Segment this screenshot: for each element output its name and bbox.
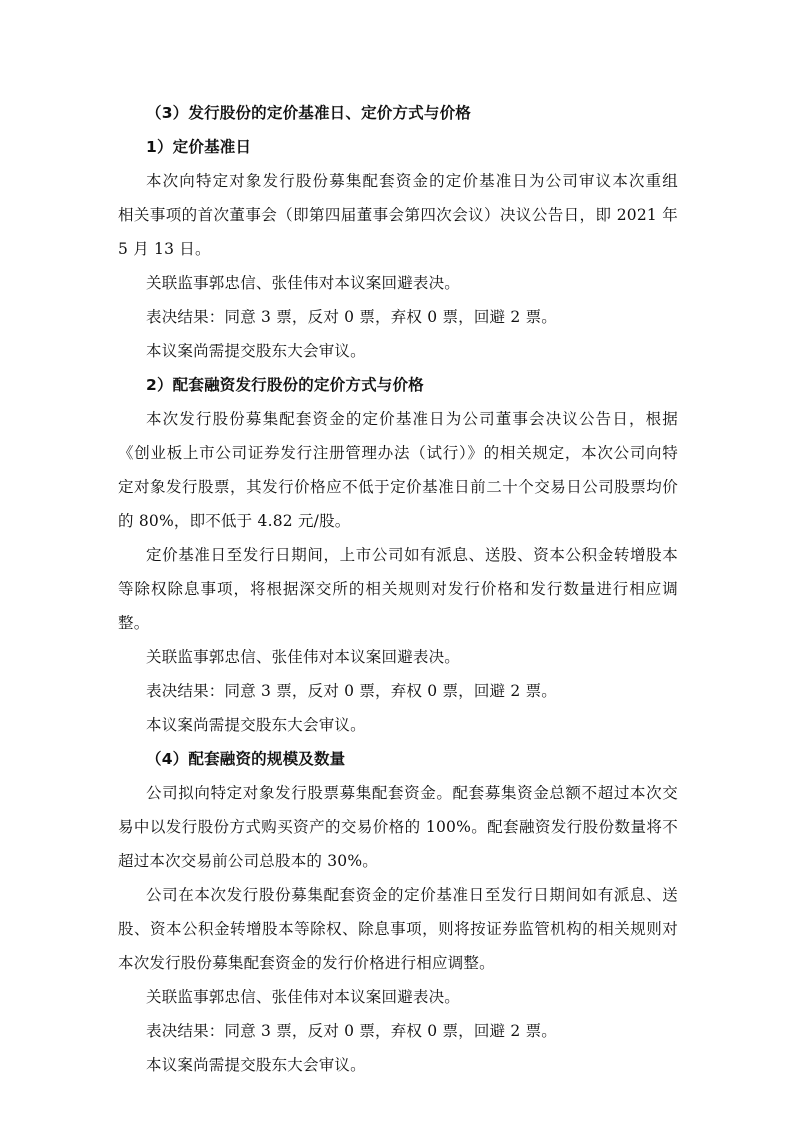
paragraph-line: 公司在本次发行股份募集配套资金的定价基准日至发行日期间如有派息、送 [146, 885, 678, 905]
paragraph-line: 关联监事郭忠信、张佳伟对本议案回避表决。 [146, 273, 706, 293]
document-page: （3）发行股份的定价基准日、定价方式与价格1）定价基准日本次向特定对象发行股份募… [0, 0, 793, 1122]
paragraph-line: 表决结果：同意 3 票，反对 0 票，弃权 0 票，回避 2 票。 [146, 307, 706, 327]
paragraph-line: 《创业板上市公司证券发行注册管理办法（试行）》的相关规定，本次公司向特 [118, 443, 678, 463]
paragraph-line: 本次发行股份募集配套资金的发行价格进行相应调整。 [118, 953, 678, 973]
paragraph-line: 本议案尚需提交股东大会审议。 [146, 1055, 706, 1075]
paragraph-line: 公司拟向特定对象发行股票募集配套资金。配套募集资金总额不超过本次交 [146, 783, 678, 803]
section-heading: 1）定价基准日 [146, 137, 706, 157]
paragraph-line: 定对象发行股票，其发行价格应不低于定价基准日前二十个交易日公司股票均价 [118, 477, 678, 497]
paragraph-line: 本议案尚需提交股东大会审议。 [146, 715, 706, 735]
paragraph-line: 超过本次交易前公司总股本的 30%。 [118, 851, 678, 871]
paragraph-line: 本次向特定对象发行股份募集配套资金的定价基准日为公司审议本次重组 [146, 171, 678, 191]
paragraph-line: 关联监事郭忠信、张佳伟对本议案回避表决。 [146, 647, 706, 667]
paragraph-line: 表决结果：同意 3 票，反对 0 票，弃权 0 票，回避 2 票。 [146, 681, 706, 701]
paragraph-line: 股、资本公积金转增股本等除权、除息事项，则将按证券监管机构的相关规则对 [118, 919, 678, 939]
paragraph-line: 表决结果：同意 3 票，反对 0 票，弃权 0 票，回避 2 票。 [146, 1021, 706, 1041]
paragraph-line: 等除权除息事项，将根据深交所的相关规则对发行价格和发行数量进行相应调 [118, 579, 678, 599]
paragraph-line: 关联监事郭忠信、张佳伟对本议案回避表决。 [146, 987, 706, 1007]
paragraph-line: 本议案尚需提交股东大会审议。 [146, 341, 706, 361]
section-heading: （4）配套融资的规模及数量 [146, 749, 706, 769]
paragraph-line: 的 80%，即不低于 4.82 元/股。 [118, 511, 678, 531]
section-heading: 2）配套融资发行股份的定价方式与价格 [146, 375, 706, 395]
section-heading: （3）发行股份的定价基准日、定价方式与价格 [146, 103, 706, 123]
paragraph-line: 5 月 13 日。 [118, 239, 678, 259]
paragraph-line: 相关事项的首次董事会（即第四届董事会第四次会议）决议公告日，即 2021 年 [118, 205, 678, 225]
paragraph-line: 本次发行股份募集配套资金的定价基准日为公司董事会决议公告日，根据 [146, 409, 678, 429]
paragraph-line: 整。 [118, 613, 678, 633]
paragraph-line: 定价基准日至发行日期间，上市公司如有派息、送股、资本公积金转增股本 [146, 545, 678, 565]
paragraph-line: 易中以发行股份方式购买资产的交易价格的 100%。配套融资发行股份数量将不 [118, 817, 678, 837]
